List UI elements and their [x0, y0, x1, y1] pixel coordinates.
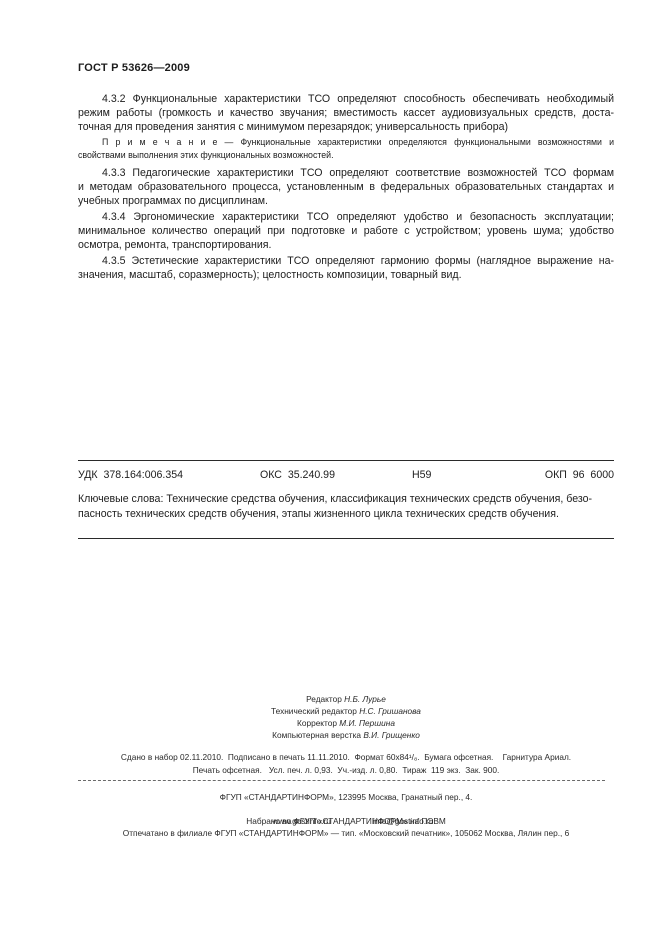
imprint-line: Сдано в набор 02.11.2010. Подписано в пе…	[78, 751, 614, 764]
credit-name: М.И. Першина	[339, 718, 395, 728]
paragraph-4-3-5: 4.3.5 Эстетические характеристики ТСО оп…	[78, 254, 614, 282]
credit-row-editor: Редактор Н.Б. Лурье	[78, 693, 614, 705]
text-line: Ключевые слова: Технические средства обу…	[78, 492, 614, 507]
paragraph-4-3-4: 4.3.4 Эргономические характеристики ТСО …	[78, 210, 614, 252]
oks-code: ОКС 35.240.99	[260, 469, 335, 481]
credit-label: Редактор	[306, 694, 344, 704]
publisher-printed: Отпечатано в филиале ФГУП «СТАНДАРТИНФОР…	[78, 827, 614, 839]
publisher-address: ФГУП «СТАНДАРТИНФОРМ», 123995 Москва, Гр…	[78, 791, 614, 803]
text-line: и методам образовательного процесса, уст…	[78, 180, 614, 194]
text-line: 4.3.5 Эстетические характеристики ТСО оп…	[78, 254, 614, 268]
credit-label: Корректор	[297, 718, 339, 728]
imprint-line: Печать офсетная. Усл. печ. л. 0,93. Уч.-…	[78, 764, 614, 777]
text-line: учебных программах по дисциплинам.	[78, 194, 614, 208]
note-paragraph: П р и м е ч а н и е — Функциональные хар…	[78, 136, 614, 162]
divider-top	[78, 460, 614, 461]
okp-code: ОКП 96 6000	[545, 469, 614, 481]
text-line: свойствами выполнения этих функциональны…	[78, 149, 614, 162]
classification-row: УДК 378.164:006.354 ОКС 35.240.99 Н59 ОК…	[78, 469, 614, 483]
divider-bottom-dashed	[78, 780, 605, 781]
text-line: П р и м е ч а н и е — Функциональные хар…	[78, 136, 614, 149]
paragraph-4-3-2: 4.3.2 Функциональные характеристики ТСО …	[78, 92, 614, 134]
credit-label: Компьютерная верстка	[272, 730, 363, 740]
udk-code: УДК 378.164:006.354	[78, 469, 183, 481]
credit-row-layout: Компьютерная верстка В.И. Грищенко	[78, 729, 614, 741]
text-line: значения, масштаб, соразмерность); целос…	[78, 268, 614, 282]
doc-code: ГОСТ Р 53626—2009	[78, 62, 190, 74]
credit-name: В.И. Грищенко	[363, 730, 420, 740]
credit-name: Н.Б. Лурье	[344, 694, 386, 704]
publisher-block: ФГУП «СТАНДАРТИНФОРМ», 123995 Москва, Гр…	[78, 791, 614, 839]
text-line: 4.3.2 Функциональные характеристики ТСО …	[78, 92, 614, 106]
text-line: минимальное количество операций при подг…	[78, 224, 614, 238]
text-line: 4.3.4 Эргономические характеристики ТСО …	[78, 210, 614, 224]
body-text: 4.3.2 Функциональные характеристики ТСО …	[78, 92, 614, 282]
credit-row-corrector: Корректор М.И. Першина	[78, 717, 614, 729]
text-line: 4.3.3 Педагогические характеристики ТСО …	[78, 166, 614, 180]
credit-name: Н.С. Гришанова	[359, 706, 421, 716]
credit-row-technical-editor: Технический редактор Н.С. Гришанова	[78, 705, 614, 717]
document-page: ГОСТ Р 53626—2009 4.3.2 Функциональные х…	[0, 0, 661, 936]
text-line: пасность технических средств обучения, э…	[78, 507, 614, 522]
print-imprint: Сдано в набор 02.11.2010. Подписано в пе…	[78, 751, 614, 777]
divider-middle	[78, 538, 614, 539]
index-code: Н59	[412, 469, 431, 481]
text-line: режим работы (громкость и качество звуча…	[78, 106, 614, 120]
keywords-block: Ключевые слова: Технические средства обу…	[78, 492, 614, 522]
publisher-typeset: Набрано во ФГУП «СТАНДАРТИНФОРМ» на ПЭВМ	[78, 815, 614, 827]
publisher-contacts: www.gostinfo.ruinfo@gostinfo.ru	[78, 803, 614, 815]
text-line: осмотра, ремонта, транспортирования.	[78, 238, 614, 252]
editorial-credits: Редактор Н.Б. Лурье Технический редактор…	[78, 693, 614, 741]
credit-label: Технический редактор	[271, 706, 359, 716]
paragraph-4-3-3: 4.3.3 Педагогические характеристики ТСО …	[78, 166, 614, 208]
text-line: точная для проведения занятия с минимумо…	[78, 120, 614, 134]
